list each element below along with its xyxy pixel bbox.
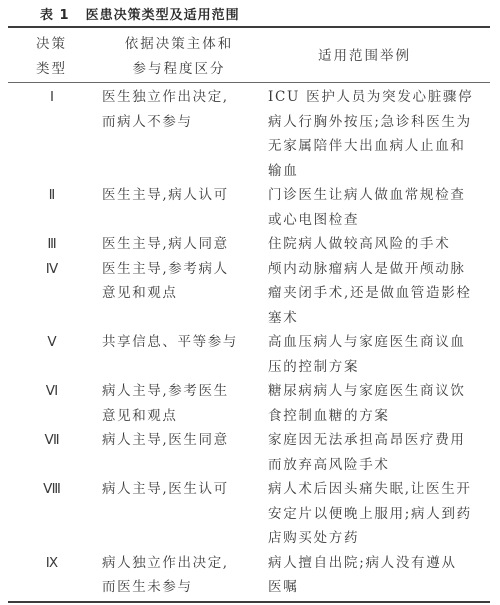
example-line: 高血压病人与家庭医生商议血 <box>268 330 490 355</box>
table-title: 医患决策类型及适用范围 <box>86 8 240 23</box>
application-example: 家庭因无法承担高昂医疗费用而放弃高风险手术 <box>268 428 490 477</box>
decision-description: 共享信息、平等参与 <box>102 330 252 355</box>
example-line: ICU 医护人员为突发心脏骤停 <box>268 85 490 110</box>
description-line: 医生主导,参考病人 <box>102 257 252 282</box>
decision-type: Ⅸ <box>42 551 62 576</box>
decision-description: 医生独立作出决定,而病人不参与 <box>102 85 252 134</box>
decision-description: 病人主导,医生同意 <box>102 428 252 453</box>
decision-type: Ⅵ <box>42 379 62 404</box>
application-example: 住院病人做较高风险的手术 <box>268 232 490 257</box>
example-line: 病人擅自出院;病人没有遵从 <box>268 551 490 576</box>
table-number: 表 1 <box>40 8 70 23</box>
description-line: 而医生未参与 <box>102 575 252 600</box>
example-line: 颅内动脉瘤病人是做开颅动脉 <box>268 257 490 282</box>
application-example: 病人术后因头痛失眠,让医生开安定片以便晚上服用;病人到药店购买处方药 <box>268 477 490 551</box>
decision-description: 医生主导,病人认可 <box>102 183 252 208</box>
application-example: 门诊医生让病人做血常规检查或心电图检查 <box>268 183 490 232</box>
table-row: Ⅵ病人主导,参考医生意见和观点糖尿病病人与家庭医生商议饮食控制血糖的方案 <box>0 379 500 428</box>
example-line: 病人行胸外按压;急诊科医生为 <box>268 110 490 135</box>
decision-type: Ⅰ <box>42 85 62 110</box>
description-line: 共享信息、平等参与 <box>102 330 252 355</box>
header-type: 决策 类型 <box>36 32 67 82</box>
table-row: Ⅱ医生主导,病人认可门诊医生让病人做血常规检查或心电图检查 <box>0 183 500 232</box>
bottom-rule <box>8 601 490 603</box>
application-example: 病人擅自出院;病人没有遵从医嘱 <box>268 551 490 600</box>
table-row: Ⅲ医生主导,病人同意住院病人做较高风险的手术 <box>0 232 500 257</box>
example-line: 或心电图检查 <box>268 208 490 233</box>
example-line: 病人术后因头痛失眠,让医生开 <box>268 477 490 502</box>
example-line: 安定片以便晚上服用;病人到药 <box>268 502 490 527</box>
decision-description: 病人主导,医生认可 <box>102 477 252 502</box>
description-line: 病人主导,医生同意 <box>102 428 252 453</box>
application-example: 高血压病人与家庭医生商议血压的控制方案 <box>268 330 490 379</box>
table-row: Ⅸ病人独立作出决定,而医生未参与病人擅自出院;病人没有遵从医嘱 <box>0 551 500 600</box>
header-desc-line2: 参与程度区分 <box>120 57 238 82</box>
example-line: 输血 <box>268 159 490 184</box>
top-rule <box>8 26 490 28</box>
header-example: 适用范围举例 <box>318 44 411 69</box>
decision-description: 病人独立作出决定,而医生未参与 <box>102 551 252 600</box>
decision-type: Ⅶ <box>42 428 62 453</box>
table-row: Ⅶ病人主导,医生同意家庭因无法承担高昂医疗费用而放弃高风险手术 <box>0 428 500 477</box>
table-row: Ⅳ医生主导,参考病人意见和观点颅内动脉瘤病人是做开颅动脉瘤夹闭手术,还是做血管造… <box>0 257 500 331</box>
header-desc-line1: 依据决策主体和 <box>120 32 238 57</box>
decision-type: Ⅳ <box>42 257 62 282</box>
decision-type: Ⅴ <box>42 330 62 355</box>
example-line: 店购买处方药 <box>268 526 490 551</box>
application-example: 糖尿病病人与家庭医生商议饮食控制血糖的方案 <box>268 379 490 428</box>
application-example: 颅内动脉瘤病人是做开颅动脉瘤夹闭手术,还是做血管造影栓塞术 <box>268 257 490 331</box>
example-line: 家庭因无法承担高昂医疗费用 <box>268 428 490 453</box>
decision-type: Ⅱ <box>42 183 62 208</box>
description-line: 医生主导,病人认可 <box>102 183 252 208</box>
decision-description: 医生主导,参考病人意见和观点 <box>102 257 252 306</box>
header-type-line2: 类型 <box>36 57 67 82</box>
header-rule <box>8 82 490 83</box>
table-row: Ⅷ病人主导,医生认可病人术后因头痛失眠,让医生开安定片以便晚上服用;病人到药店购… <box>0 477 500 551</box>
description-line: 医生独立作出决定, <box>102 85 252 110</box>
table-caption: 表 1医患决策类型及适用范围 <box>40 4 240 23</box>
example-line: 无家属陪伴大出血病人止血和 <box>268 134 490 159</box>
description-line: 意见和观点 <box>102 404 252 429</box>
example-line: 食控制血糖的方案 <box>268 404 490 429</box>
table-row: Ⅴ共享信息、平等参与高血压病人与家庭医生商议血压的控制方案 <box>0 330 500 379</box>
decision-type: Ⅲ <box>42 232 62 257</box>
table-row: Ⅰ医生独立作出决定,而病人不参与ICU 医护人员为突发心脏骤停病人行胸外按压;急… <box>0 85 500 183</box>
example-line: 医嘱 <box>268 575 490 600</box>
application-example: ICU 医护人员为突发心脏骤停病人行胸外按压;急诊科医生为无家属陪伴大出血病人止… <box>268 85 490 183</box>
example-line: 塞术 <box>268 306 490 331</box>
description-line: 病人主导,医生认可 <box>102 477 252 502</box>
example-line: 压的控制方案 <box>268 355 490 380</box>
header-type-line1: 决策 <box>36 32 67 57</box>
decision-description: 医生主导,病人同意 <box>102 232 252 257</box>
decision-type: Ⅷ <box>42 477 62 502</box>
description-line: 病人独立作出决定, <box>102 551 252 576</box>
example-line: 瘤夹闭手术,还是做血管造影栓 <box>268 281 490 306</box>
description-line: 医生主导,病人同意 <box>102 232 252 257</box>
example-line: 糖尿病病人与家庭医生商议饮 <box>268 379 490 404</box>
description-line: 而病人不参与 <box>102 110 252 135</box>
example-line: 门诊医生让病人做血常规检查 <box>268 183 490 208</box>
description-line: 病人主导,参考医生 <box>102 379 252 404</box>
description-line: 意见和观点 <box>102 281 252 306</box>
example-line: 住院病人做较高风险的手术 <box>268 232 490 257</box>
decision-description: 病人主导,参考医生意见和观点 <box>102 379 252 428</box>
example-line: 而放弃高风险手术 <box>268 453 490 478</box>
header-desc: 依据决策主体和 参与程度区分 <box>120 32 238 82</box>
